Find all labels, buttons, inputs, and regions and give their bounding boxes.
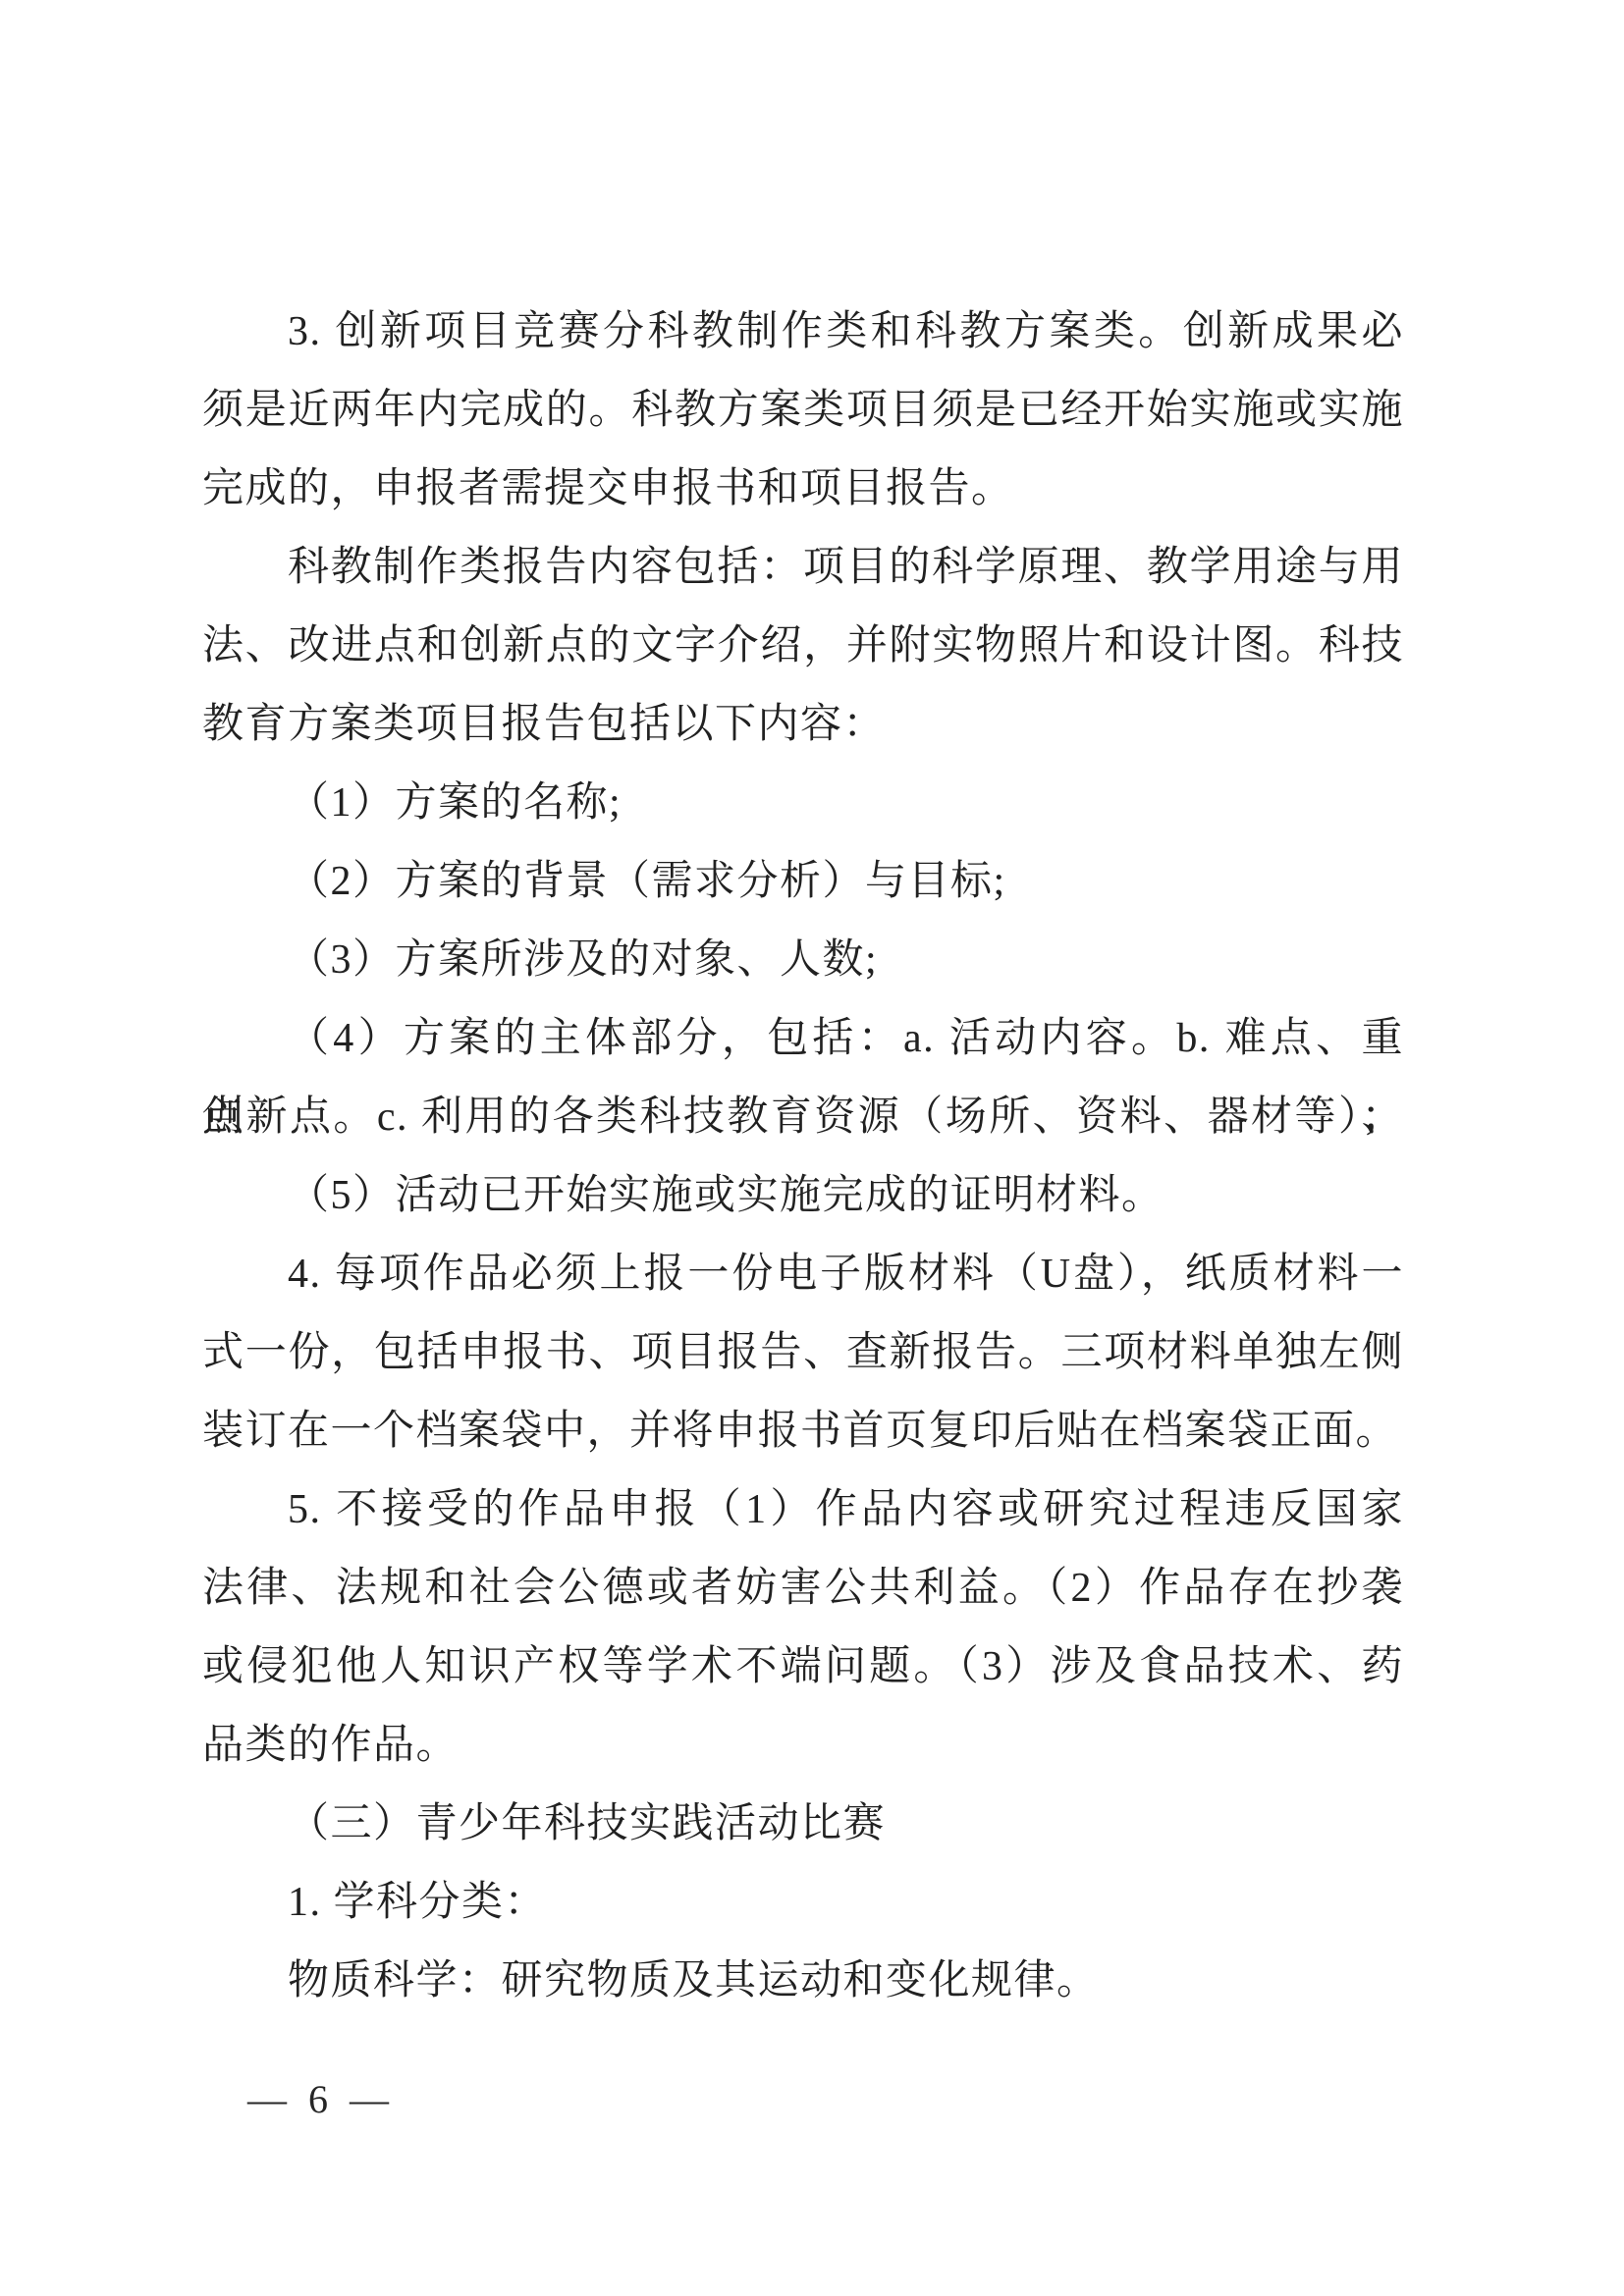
document-page: 3. 创新项目竞赛分科教制作类和科教方案类。创新成果必须是近两年内完成的。科教方… (0, 0, 1624, 2296)
text-line: （4）方案的主体部分，包括：a. 活动内容。b. 难点、重点、 (202, 999, 1404, 1078)
text-line: 4. 每项作品必须上报一份电子版材料（U盘），纸质材料一 (202, 1235, 1404, 1313)
text-line: 科教制作类报告内容包括：项目的科学原理、教学用途与用 (202, 528, 1404, 607)
text-line: 装订在一个档案袋中，并将申报书首页复印后贴在档案袋正面。 (202, 1392, 1404, 1470)
text-line: 创新点。c. 利用的各类科技教育资源（场所、资料、器材等）； (202, 1078, 1404, 1156)
text-line: （2）方案的背景（需求分析）与目标; (202, 842, 1404, 921)
text-line: （3）方案所涉及的对象、人数; (202, 921, 1404, 999)
text-line: 法律、法规和社会公德或者妨害公共利益。（2）作品存在抄袭 (202, 1549, 1404, 1628)
text-line: 3. 创新项目竞赛分科教制作类和科教方案类。创新成果必 (202, 293, 1404, 371)
text-line: 1. 学科分类： (202, 1863, 1404, 1942)
text-line: 须是近两年内完成的。科教方案类项目须是已经开始实施或实施 (202, 371, 1404, 450)
text-line: （1）方案的名称; (202, 764, 1404, 842)
page-number: — 6 — (247, 2077, 395, 2122)
text-line: （5）活动已开始实施或实施完成的证明材料。 (202, 1156, 1404, 1235)
text-line: 品类的作品。 (202, 1706, 1404, 1785)
text-line: 完成的，申报者需提交申报书和项目报告。 (202, 450, 1404, 528)
text-line: 式一份，包括申报书、项目报告、查新报告。三项材料单独左侧 (202, 1313, 1404, 1392)
text-line: 教育方案类项目报告包括以下内容： (202, 685, 1404, 764)
section-heading: （三）青少年科技实践活动比赛 (202, 1785, 1404, 1863)
text-line: 物质科学：研究物质及其运动和变化规律。 (202, 1942, 1404, 2020)
document-body: 3. 创新项目竞赛分科教制作类和科教方案类。创新成果必须是近两年内完成的。科教方… (202, 293, 1404, 2020)
text-line: 5. 不接受的作品申报（1）作品内容或研究过程违反国家 (202, 1470, 1404, 1549)
text-line: 法、改进点和创新点的文字介绍，并附实物照片和设计图。科技 (202, 607, 1404, 685)
text-line: 或侵犯他人知识产权等学术不端问题。（3）涉及食品技术、药 (202, 1628, 1404, 1706)
